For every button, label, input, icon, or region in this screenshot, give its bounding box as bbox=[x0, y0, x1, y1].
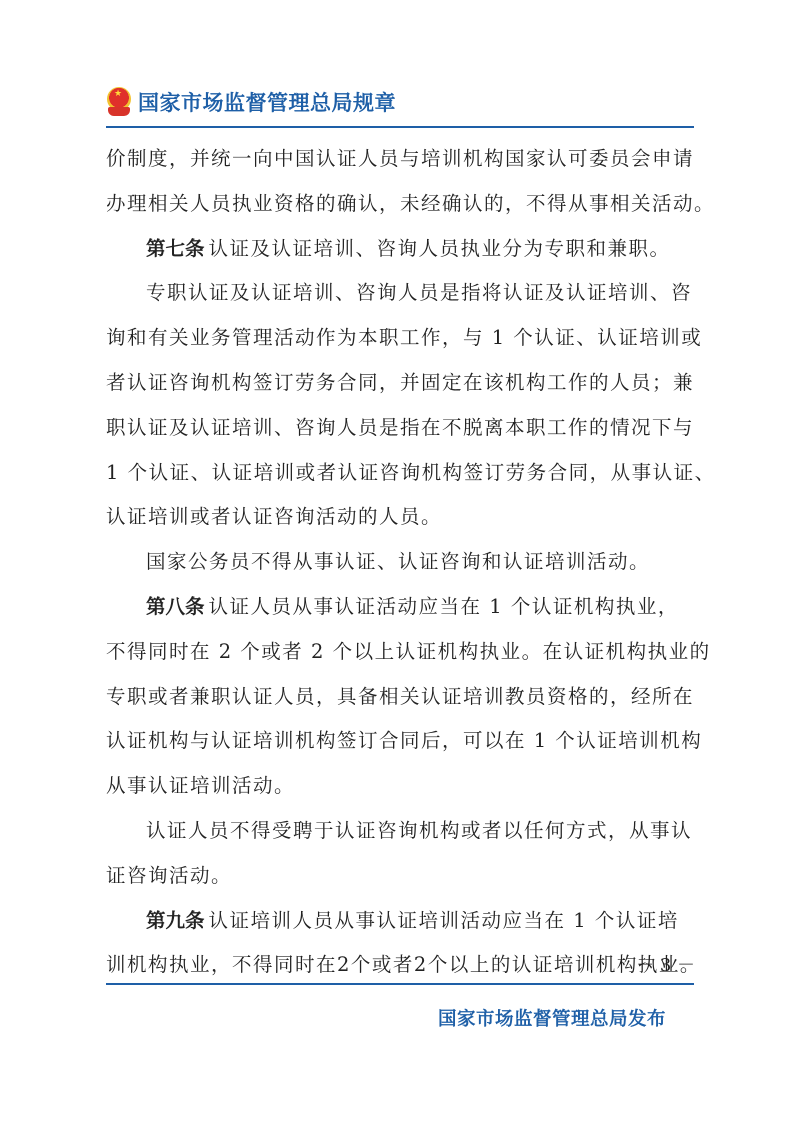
text-line: 专职认证及认证培训、咨询人员是指将认证及认证培训、咨 bbox=[106, 271, 696, 316]
text-line: 认证人员不得受聘于认证咨询机构或者以任何方式，从事认 bbox=[106, 809, 696, 854]
document-body: 价制度，并统一向中国认证人员与培训机构国家认可委员会申请办理相关人员执业资格的确… bbox=[106, 137, 696, 988]
text-line: 1 个认证、认证培训或者认证咨询机构签订劳务合同，从事认证、 bbox=[106, 451, 696, 496]
header-title: 国家市场监督管理总局规章 bbox=[138, 87, 396, 117]
page-number: － 3 － bbox=[636, 951, 695, 977]
text-line: 专职或者兼职认证人员，具备相关认证培训教员资格的，经所在 bbox=[106, 675, 696, 720]
line-text: 询和有关业务管理活动作为本职工作，与 1 个认证、认证培训或 bbox=[106, 326, 702, 349]
line-text: 专职认证及认证培训、咨询人员是指将认证及认证培训、咨 bbox=[146, 281, 692, 304]
text-line: 训机构执业，不得同时在2个或者2个以上的认证培训机构执业。 bbox=[106, 943, 696, 988]
header-divider bbox=[106, 126, 694, 128]
line-text: 认证培训或者认证咨询活动的人员。 bbox=[106, 505, 442, 528]
article-number: 第九条 bbox=[146, 909, 205, 932]
text-line: 认证培训或者认证咨询活动的人员。 bbox=[106, 495, 696, 540]
footer-divider bbox=[106, 983, 694, 985]
article-line: 第七条认证及认证培训、咨询人员执业分为专职和兼职。 bbox=[106, 227, 696, 272]
text-line: 询和有关业务管理活动作为本职工作，与 1 个认证、认证培训或 bbox=[106, 316, 696, 361]
line-text: 专职或者兼职认证人员，具备相关认证培训教员资格的，经所在 bbox=[106, 685, 694, 708]
line-text: 职认证及认证培训、咨询人员是指在不脱离本职工作的情况下与 bbox=[106, 416, 694, 439]
line-text: 办理相关人员执业资格的确认，未经确认的，不得从事相关活动。 bbox=[106, 192, 715, 215]
article-line: 第九条认证培训人员从事认证培训活动应当在 1 个认证培 bbox=[106, 899, 696, 944]
article-number: 第七条 bbox=[146, 237, 205, 260]
text-line: 者认证咨询机构签订劳务合同，并固定在该机构工作的人员；兼 bbox=[106, 361, 696, 406]
line-text: 证咨询活动。 bbox=[106, 864, 232, 887]
article-number: 第八条 bbox=[146, 595, 205, 618]
line-text: 1 个认证、认证培训或者认证咨询机构签订劳务合同，从事认证、 bbox=[106, 461, 716, 484]
line-text: 认证及认证培训、咨询人员执业分为专职和兼职。 bbox=[209, 237, 671, 260]
line-text: 者认证咨询机构签订劳务合同，并固定在该机构工作的人员；兼 bbox=[106, 371, 694, 394]
text-line: 办理相关人员执业资格的确认，未经确认的，不得从事相关活动。 bbox=[106, 182, 696, 227]
line-text: 训机构执业，不得同时在2个或者2个以上的认证培训机构执业。 bbox=[106, 953, 701, 976]
line-text: 认证培训人员从事认证培训活动应当在 1 个认证培 bbox=[209, 909, 679, 932]
line-text: 不得同时在 2 个或者 2 个以上认证机构执业。在认证机构执业的 bbox=[106, 640, 711, 663]
article-line: 第八条认证人员从事认证活动应当在 1 个认证机构执业， bbox=[106, 585, 696, 630]
text-line: 认证机构与认证培训机构签订合同后，可以在 1 个认证培训机构 bbox=[106, 719, 696, 764]
text-line: 价制度，并统一向中国认证人员与培训机构国家认可委员会申请 bbox=[106, 137, 696, 182]
line-text: 认证人员从事认证活动应当在 1 个认证机构执业， bbox=[209, 595, 679, 618]
text-line: 职认证及认证培训、咨询人员是指在不脱离本职工作的情况下与 bbox=[106, 406, 696, 451]
text-line: 国家公务员不得从事认证、认证咨询和认证培训活动。 bbox=[106, 540, 696, 585]
text-line: 不得同时在 2 个或者 2 个以上认证机构执业。在认证机构执业的 bbox=[106, 630, 696, 675]
text-line: 从事认证培训活动。 bbox=[106, 764, 696, 809]
line-text: 认证机构与认证培训机构签订合同后，可以在 1 个认证培训机构 bbox=[106, 729, 702, 752]
line-text: 从事认证培训活动。 bbox=[106, 774, 295, 797]
national-emblem-icon: ★ bbox=[106, 87, 132, 117]
text-line: 证咨询活动。 bbox=[106, 854, 696, 899]
footer-title: 国家市场监督管理总局发布 bbox=[438, 1005, 666, 1031]
line-text: 国家公务员不得从事认证、认证咨询和认证培训活动。 bbox=[146, 550, 650, 573]
document-header: ★ 国家市场监督管理总局规章 bbox=[106, 84, 396, 120]
line-text: 认证人员不得受聘于认证咨询机构或者以任何方式，从事认 bbox=[146, 819, 692, 842]
line-text: 价制度，并统一向中国认证人员与培训机构国家认可委员会申请 bbox=[106, 147, 694, 170]
